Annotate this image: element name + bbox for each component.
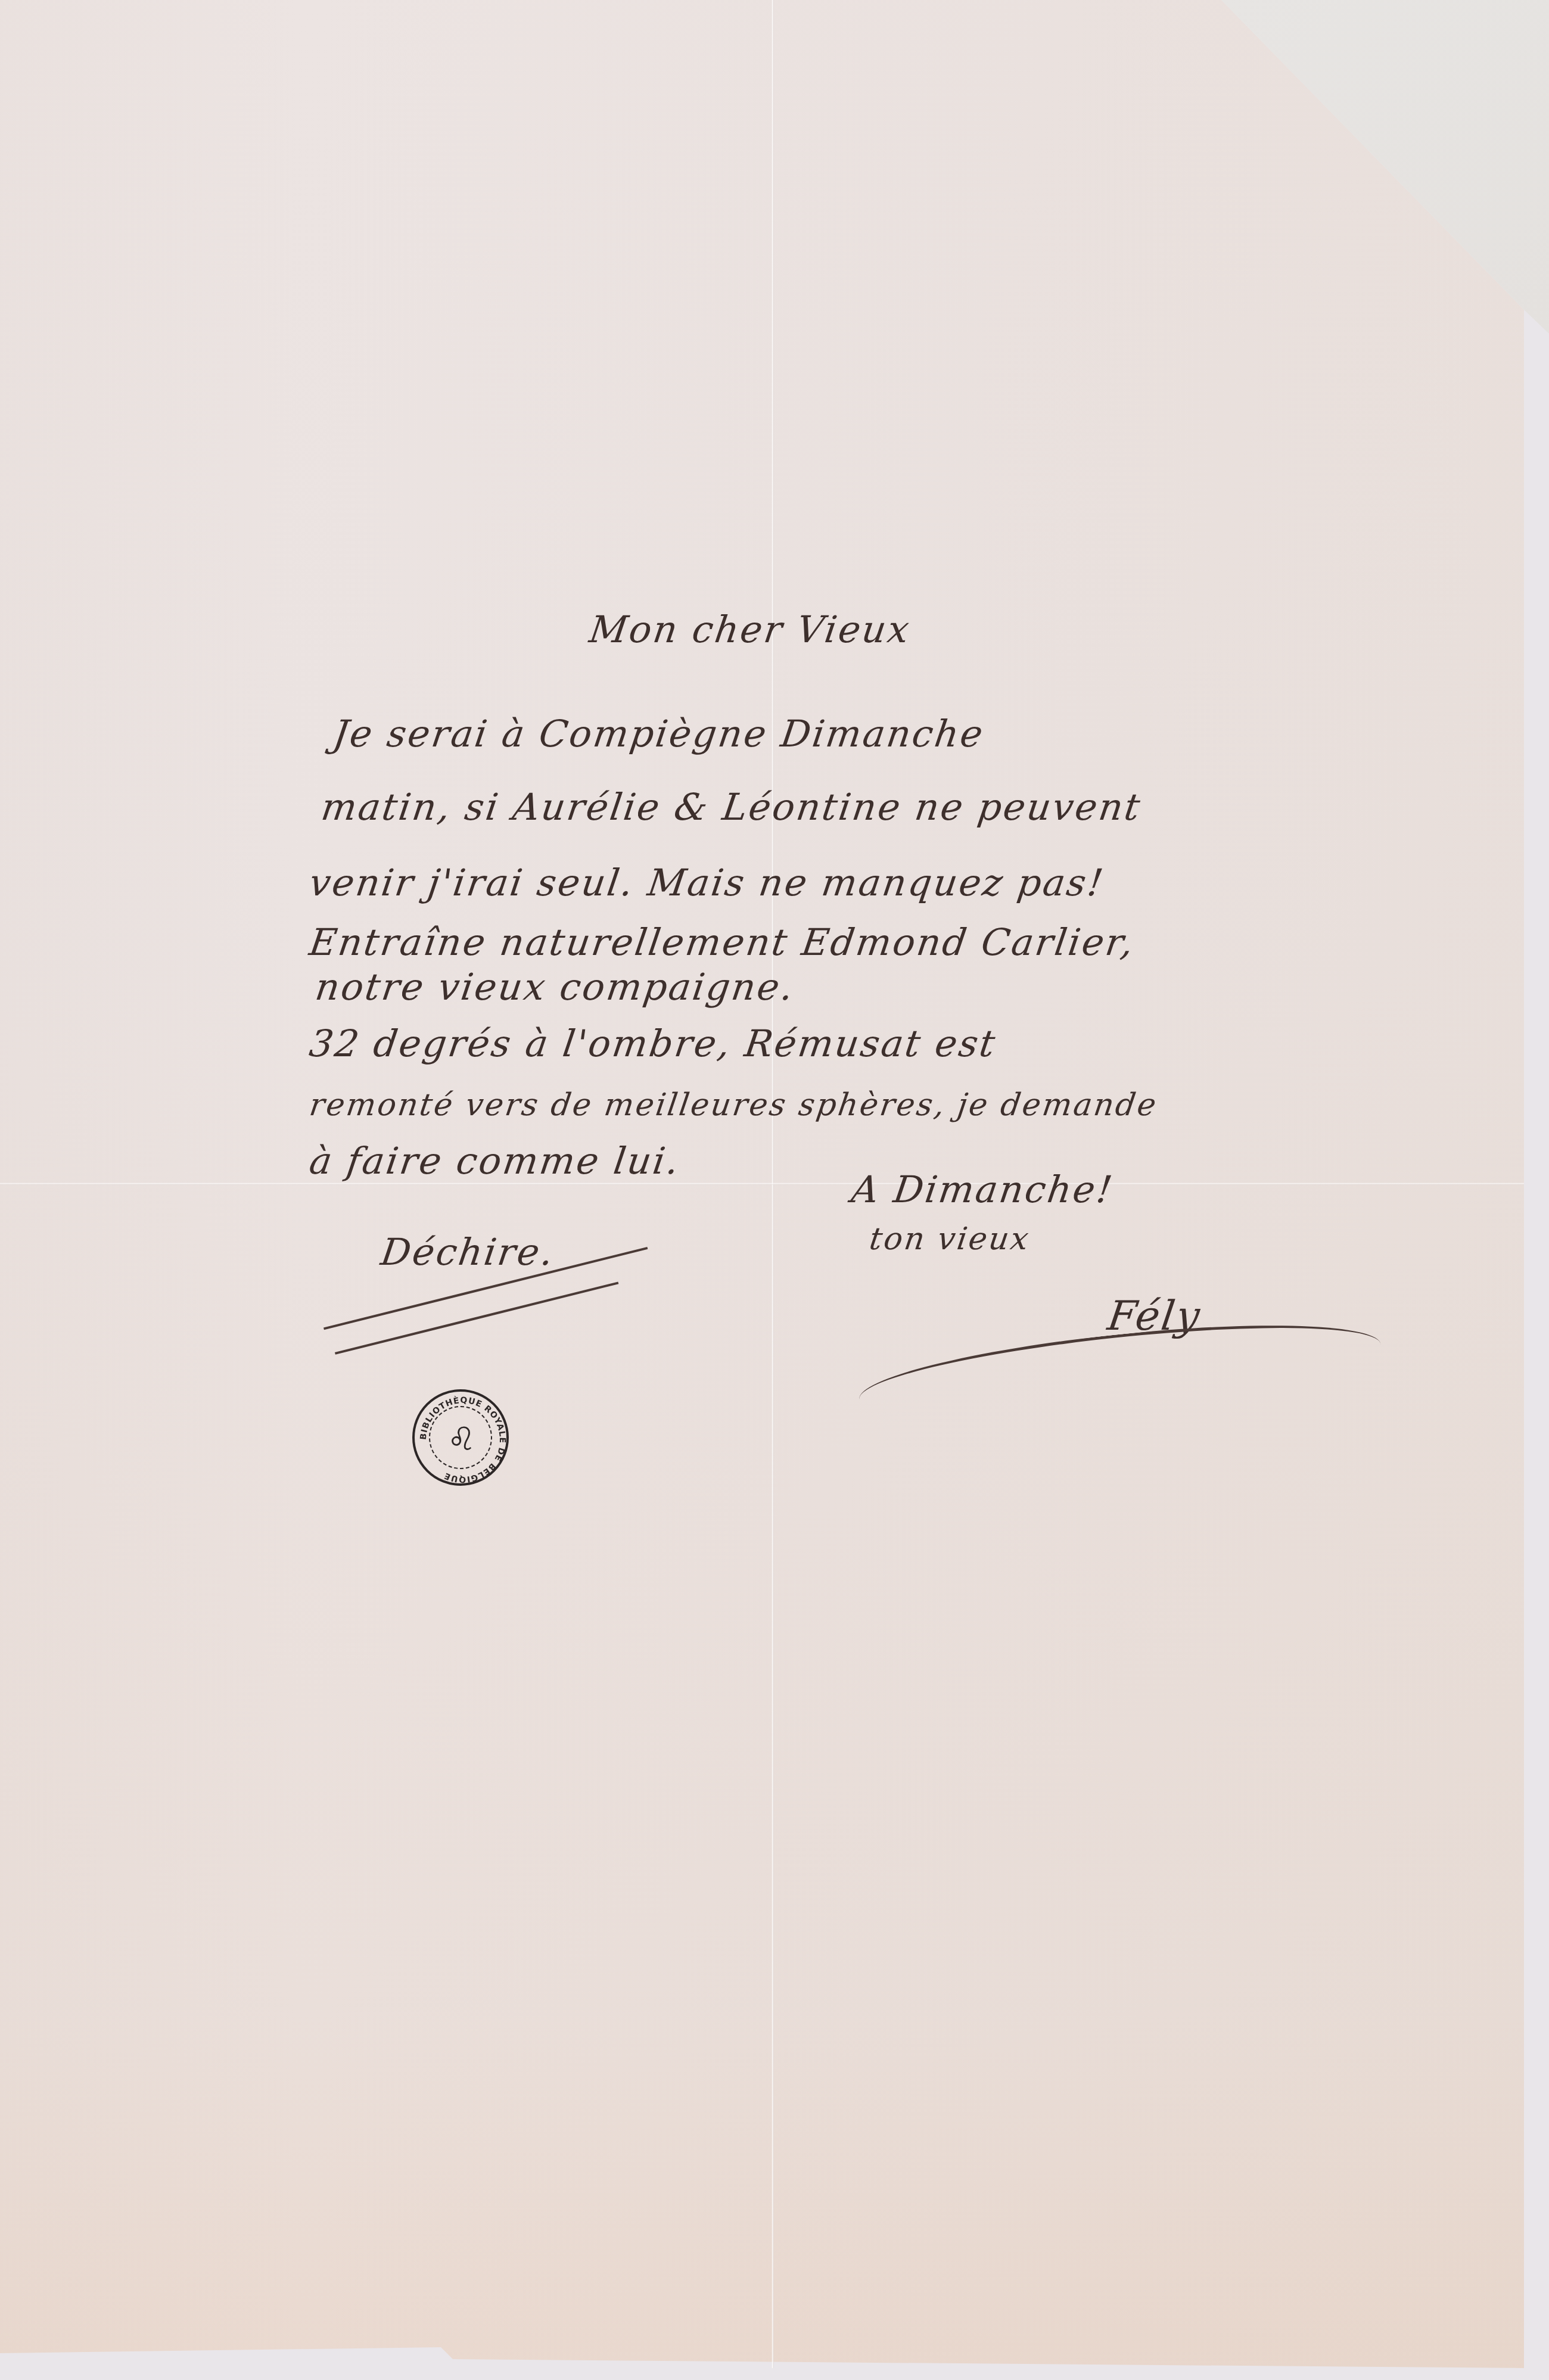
- postscript: Déchire.: [378, 1230, 558, 1274]
- body-line-1: Je serai à Compiègne Dimanche: [331, 712, 987, 755]
- body-line-2: matin, si Aurélie & Léontine ne peuvent: [319, 785, 1144, 829]
- body-line-8: à faire comme lui.: [307, 1139, 683, 1183]
- closing: A Dimanche!: [849, 1168, 1116, 1211]
- lion-icon: ♌: [430, 1407, 493, 1470]
- library-stamp: BIBLIOTHÈQUE ROYALE DE BELGIQUE ♌: [412, 1389, 509, 1486]
- stamp-inner-ring: ♌: [429, 1406, 492, 1469]
- body-line-6: 32 degrés à l'ombre, Rémusat est: [307, 1022, 1000, 1065]
- salutation: Mon cher Vieux: [587, 608, 914, 651]
- closing-phrase: ton vieux: [867, 1221, 1032, 1257]
- body-line-7: remonté vers de meilleures sphères, je d…: [307, 1087, 1160, 1123]
- body-line-5: notre vieux compaigne.: [313, 965, 798, 1009]
- body-line-4: Entraîne naturellement Edmond Carlier,: [307, 920, 1138, 964]
- horizontal-fold-crease: [0, 1183, 1524, 1185]
- body-line-3: venir j'irai seul. Mais ne manquez pas!: [307, 861, 1108, 904]
